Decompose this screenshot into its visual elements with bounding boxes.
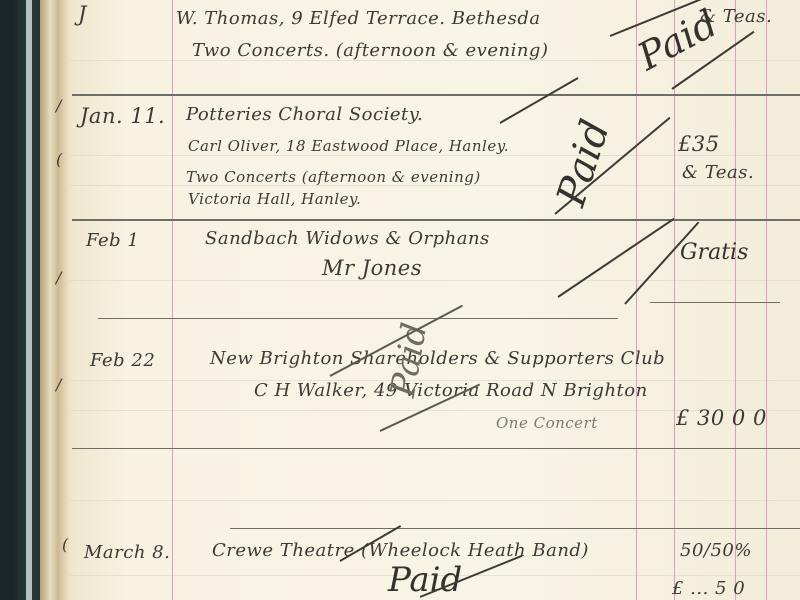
entry-line: Sandbach Widows & Orphans <box>205 228 490 249</box>
margin-line <box>172 0 173 600</box>
spine-band <box>26 0 32 600</box>
ledger-page <box>70 0 800 600</box>
entry-amount: 50/50% <box>680 540 752 561</box>
entry-date: Feb 22 <box>90 350 155 371</box>
book-spine <box>0 0 14 600</box>
entry-line: Carl Oliver, 18 Eastwood Place, Hanley. <box>188 137 509 155</box>
margin-tick: ( <box>56 150 62 169</box>
entry-line: W. Thomas, 9 Elfed Terrace. Bethesda <box>176 8 541 29</box>
entry-date: Feb 1 <box>86 230 139 251</box>
column-line-pence <box>766 0 767 600</box>
entry-amount: £ 30 0 0 <box>676 406 767 430</box>
column-line-pounds-2 <box>674 0 675 600</box>
entry-date: Jan. 11. <box>80 104 165 128</box>
entry-divider <box>230 528 800 529</box>
entry-line: Mr Jones <box>322 256 422 280</box>
entry-divider <box>98 318 618 319</box>
entry-amount: £35 <box>678 132 720 156</box>
faint-rule <box>70 280 800 281</box>
entry-amount-partial: £ ... 5 0 <box>672 578 745 599</box>
margin-tick: / <box>56 268 61 287</box>
entry-line: New Brighton Shareholders & Supporters C… <box>210 348 665 369</box>
entry-line: Crewe Theatre (Wheelock Heath Band) <box>212 540 589 561</box>
entry-divider <box>72 94 800 96</box>
entry-divider <box>650 302 780 303</box>
entry-date: J <box>78 2 87 26</box>
entry-line: Victoria Hall, Hanley. <box>188 190 361 208</box>
entry-line: Two Concerts (afternoon & evening) <box>186 168 481 186</box>
faint-rule <box>70 500 800 501</box>
entry-amount-note: & Teas. <box>682 162 754 183</box>
entry-divider <box>72 448 800 449</box>
entry-date: March 8. <box>84 542 170 563</box>
column-line-shillings <box>735 0 736 600</box>
column-line-pounds <box>636 0 637 600</box>
entry-divider <box>72 219 800 221</box>
entry-line: Potteries Choral Society. <box>186 104 423 125</box>
margin-tick: / <box>56 96 61 115</box>
margin-tick: / <box>56 375 61 394</box>
margin-tick: ( <box>62 535 68 554</box>
entry-line: One Concert <box>496 414 598 432</box>
entry-line: Two Concerts. (afternoon & evening) <box>192 40 548 61</box>
gratis-mark: Gratis <box>680 240 748 265</box>
page-edge <box>40 0 70 600</box>
